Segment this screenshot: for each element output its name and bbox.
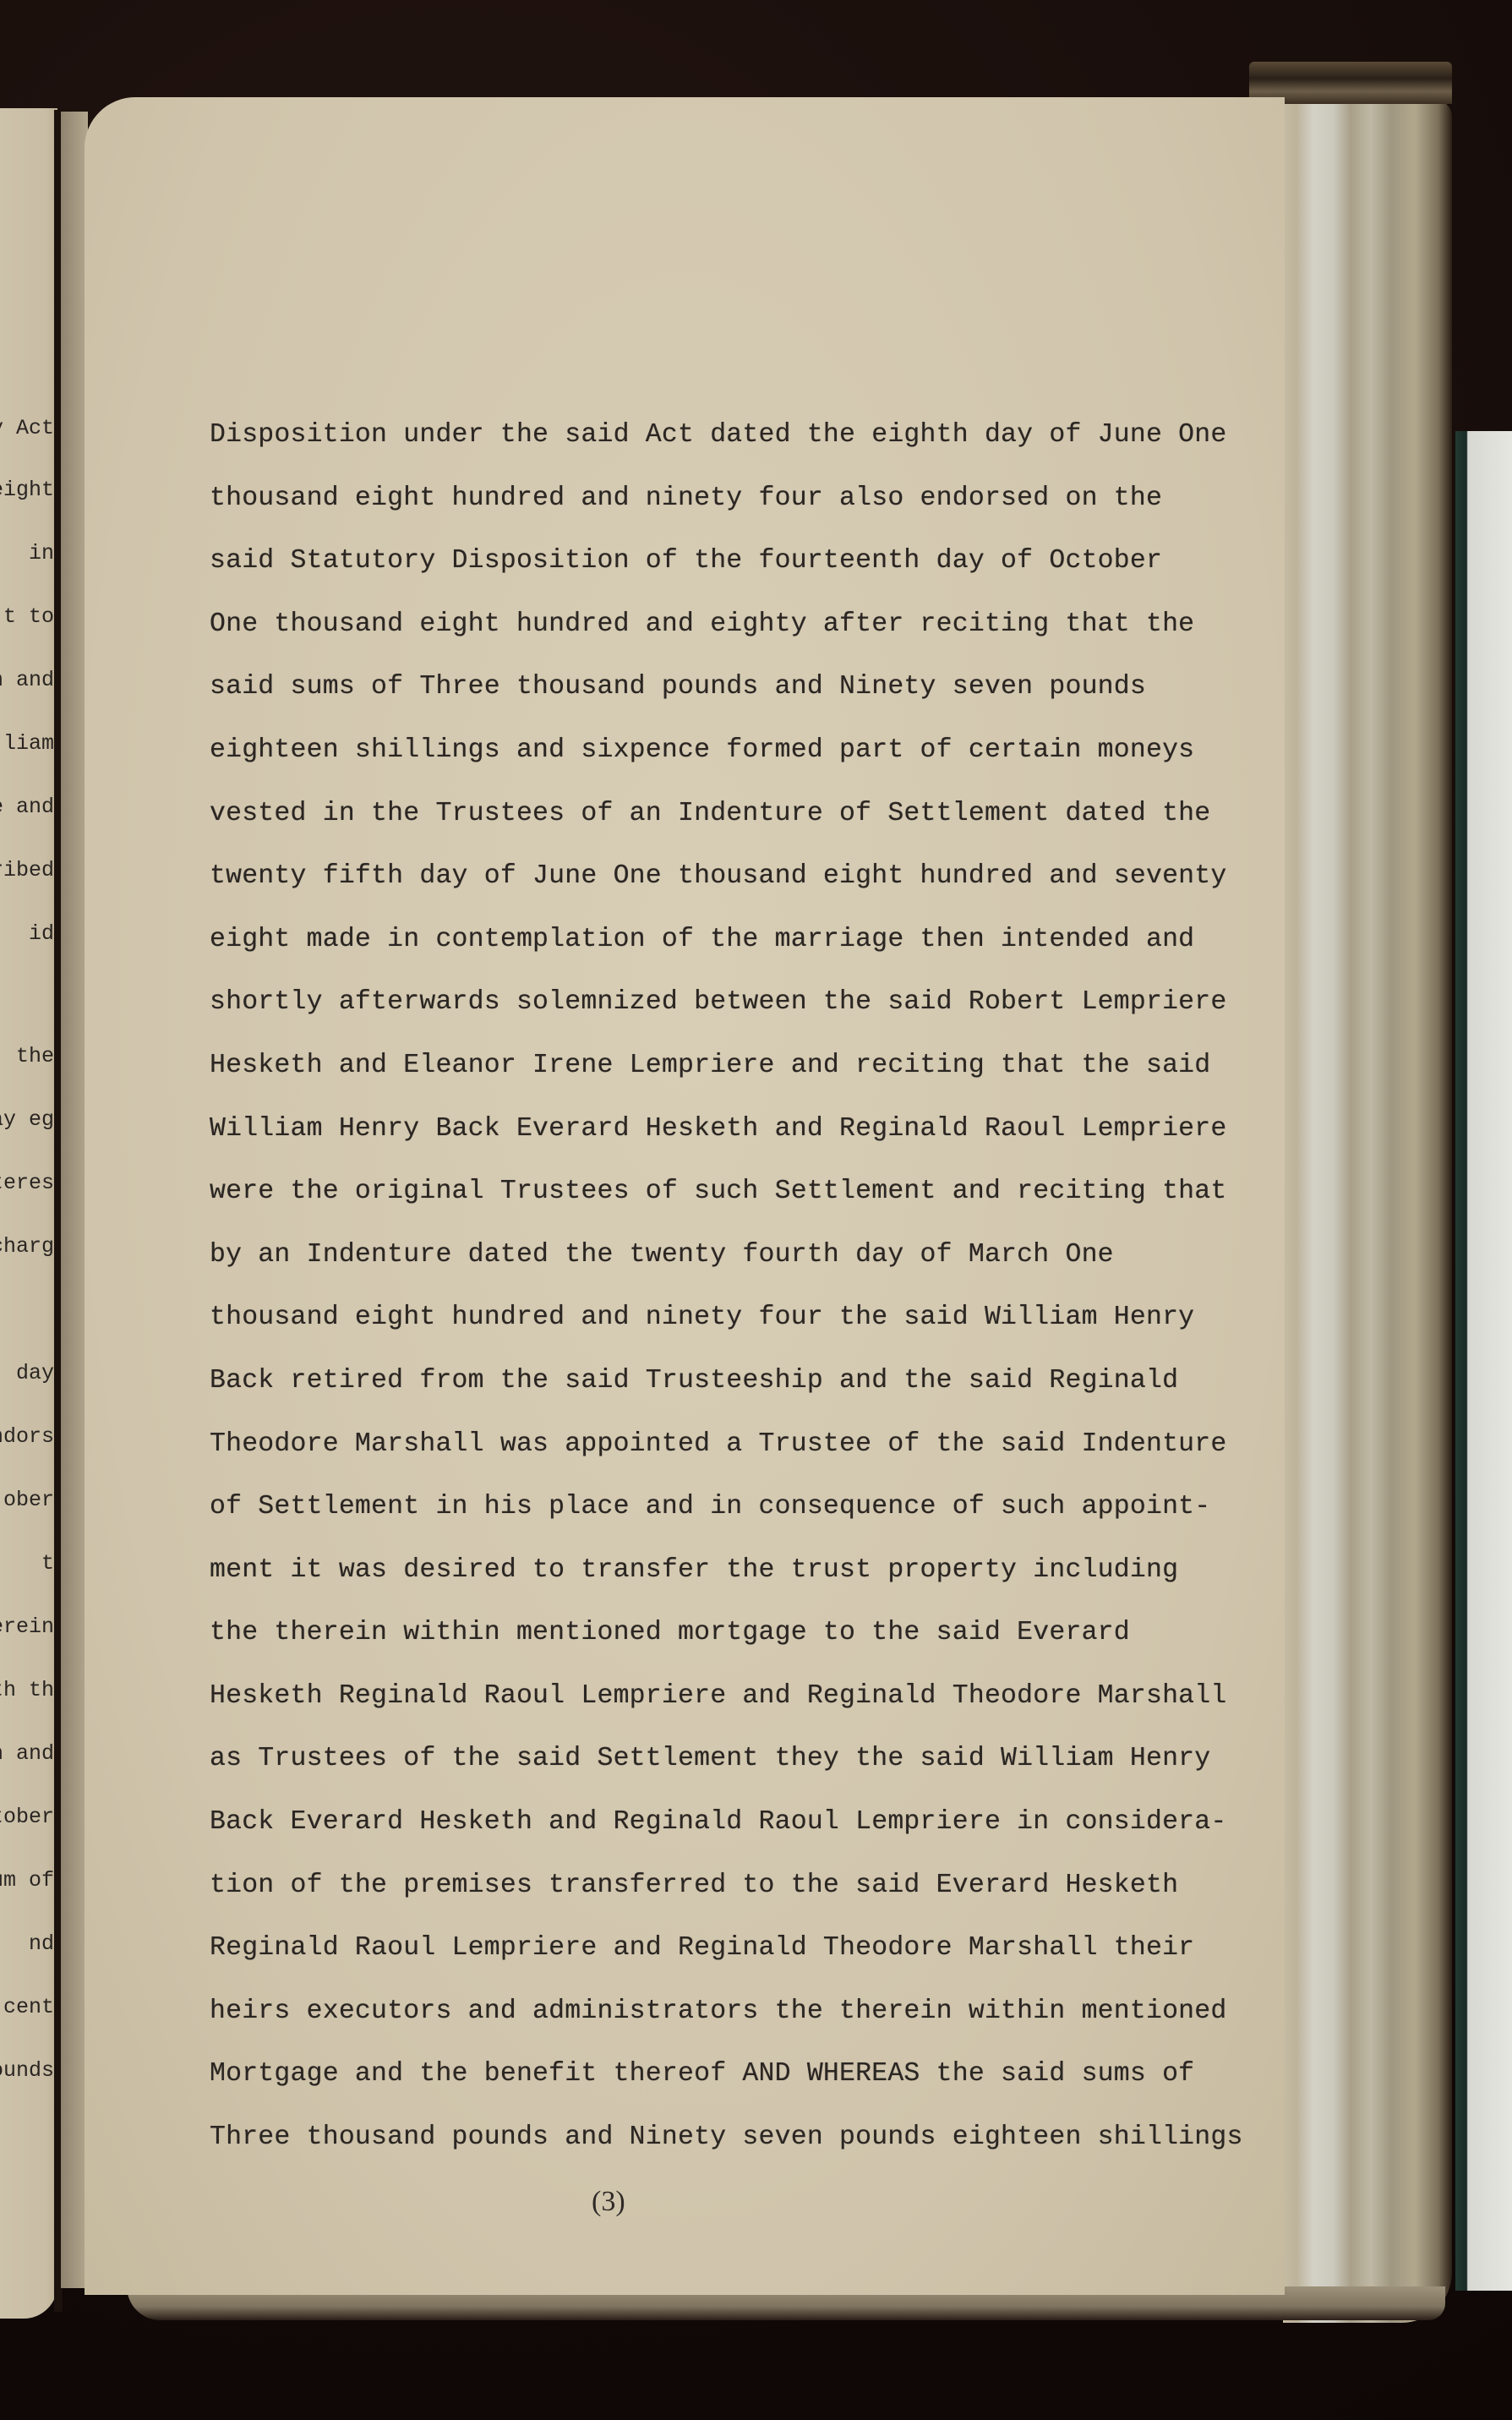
left-page-fragment: day bbox=[16, 1361, 54, 1385]
text-line: eight made in contemplation of the marri… bbox=[210, 917, 1291, 981]
text-line: heirs executors and administrators the t… bbox=[210, 1989, 1291, 2052]
text-line: said sums of Three thousand pounds and N… bbox=[210, 664, 1291, 728]
left-page-fragment: with th bbox=[0, 1678, 54, 1702]
text-line: of Settlement in his place and in conseq… bbox=[210, 1484, 1291, 1548]
left-page-fragment: herein bbox=[0, 1614, 54, 1639]
left-page-fragment: eight bbox=[0, 478, 54, 502]
text-line: One thousand eight hundred and eighty af… bbox=[210, 602, 1291, 665]
text-line: were the original Trustees of such Settl… bbox=[210, 1169, 1291, 1232]
left-page-fragment: liam bbox=[3, 731, 54, 756]
left-page-fragment: interes bbox=[0, 1171, 54, 1195]
text-line: Three thousand pounds and Ninety seven p… bbox=[210, 2115, 1291, 2178]
left-page-fragment: ay eg bbox=[0, 1107, 54, 1132]
text-line: Disposition under the said Act dated the… bbox=[210, 412, 1291, 476]
left-page-fragment: t bbox=[41, 1551, 54, 1576]
left-page-fragment: th and bbox=[0, 1741, 54, 1766]
left-page-fragment: ober bbox=[3, 1488, 54, 1512]
text-line: said Statutory Disposition of the fourte… bbox=[210, 538, 1291, 602]
text-line: as Trustees of the said Settlement they … bbox=[210, 1736, 1291, 1800]
left-page-fragment: um of bbox=[0, 1868, 54, 1893]
document-body: Disposition under the said Act dated the… bbox=[210, 412, 1291, 2178]
text-line: twenty fifth day of June One thousand ei… bbox=[210, 854, 1291, 917]
page-number: (3) bbox=[592, 2186, 625, 2218]
text-line: Theodore Marshall was appointed a Truste… bbox=[210, 1422, 1291, 1485]
text-line: tion of the premises transferred to the … bbox=[210, 1863, 1291, 1926]
text-line: thousand eight hundred and ninety four t… bbox=[210, 1295, 1291, 1358]
left-page-fragment: cribed bbox=[0, 858, 54, 882]
left-page-fragment: tober bbox=[0, 1805, 54, 1829]
background-surface bbox=[1455, 431, 1512, 2291]
text-line: Hesketh and Eleanor Irene Lempriere and … bbox=[210, 1043, 1291, 1106]
left-page-fragment: the bbox=[16, 1044, 54, 1068]
left-page-fragment: nd bbox=[29, 1931, 54, 1956]
left-page-fragment: id bbox=[29, 921, 54, 946]
text-line: Reginald Raoul Lempriere and Reginald Th… bbox=[210, 1926, 1291, 1989]
text-line: ment it was desired to transfer the trus… bbox=[210, 1548, 1291, 1611]
left-page: ry Act eight in t to h and liam re and c… bbox=[0, 108, 57, 2319]
left-page-fragment: cent bbox=[3, 1995, 54, 2019]
text-line: shortly afterwards solemnized between th… bbox=[210, 980, 1291, 1043]
text-line: eighteen shillings and sixpence formed p… bbox=[210, 728, 1291, 791]
text-line: William Henry Back Everard Hesketh and R… bbox=[210, 1106, 1291, 1170]
left-page-fragment: t to bbox=[3, 604, 54, 629]
text-line: the therein within mentioned mortgage to… bbox=[210, 1610, 1291, 1674]
left-page-fragment: ry Act bbox=[0, 416, 54, 440]
left-page-fragment: h and bbox=[0, 668, 54, 692]
left-page-fragment: charg bbox=[0, 1234, 54, 1259]
left-page-fragment: re and bbox=[0, 795, 54, 819]
text-line: thousand eight hundred and ninety four a… bbox=[210, 476, 1291, 539]
text-line: Hesketh Reginald Raoul Lempriere and Reg… bbox=[210, 1674, 1291, 1737]
text-line: Mortgage and the benefit thereof AND WHE… bbox=[210, 2051, 1291, 2115]
page-block-edges bbox=[1283, 100, 1452, 2323]
text-line: vested in the Trustees of an Indenture o… bbox=[210, 791, 1291, 855]
text-line: Back retired from the said Trusteeship a… bbox=[210, 1358, 1291, 1422]
left-page-fragment: pounds bbox=[0, 2058, 54, 2083]
left-page-fragment: (endors bbox=[0, 1424, 54, 1449]
text-line: by an Indenture dated the twenty fourth … bbox=[210, 1232, 1291, 1296]
text-line: Back Everard Hesketh and Reginald Raoul … bbox=[210, 1800, 1291, 1863]
left-page-fragment: in bbox=[29, 541, 54, 565]
